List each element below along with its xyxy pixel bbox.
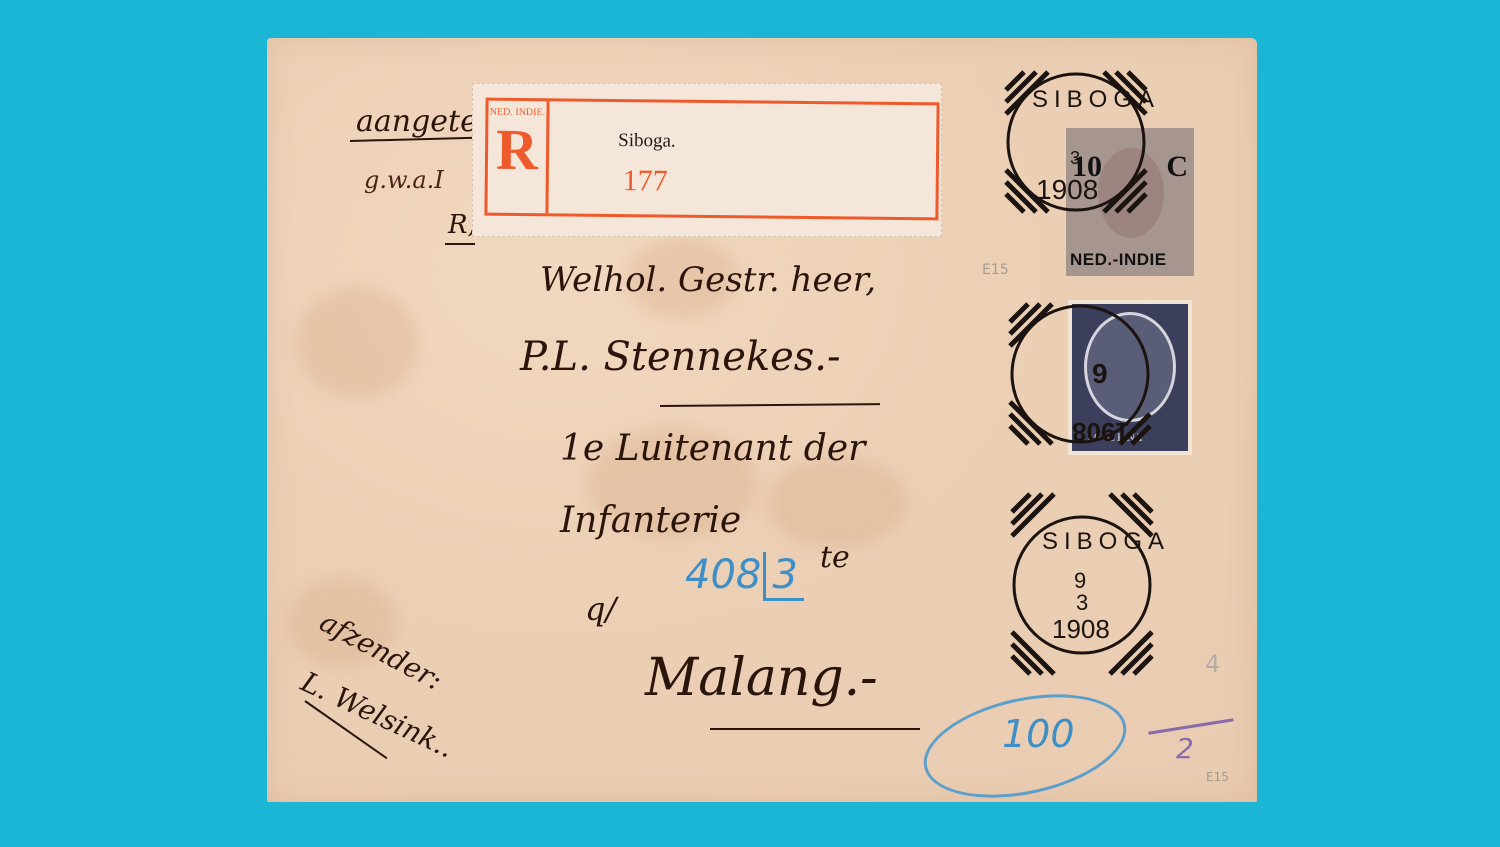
franking-underline xyxy=(445,243,475,245)
registration-letter: R xyxy=(488,118,547,183)
registration-town: Siboga. xyxy=(618,130,676,153)
postmark: SIBOGA 9 3 1908 xyxy=(1008,490,1156,638)
address-salutation: Welhol. Gestr. heer, xyxy=(540,260,876,300)
blue-pencil-circled-number: 100 xyxy=(1002,712,1075,756)
catalog-mark-bottom: E15 xyxy=(1206,770,1229,784)
address-rank: 1e Luitenant der xyxy=(560,428,865,469)
postmark: 9 1908 xyxy=(1006,300,1154,448)
postmark-month: 3 xyxy=(1070,148,1080,169)
postmark-town: SIBOGA xyxy=(1032,86,1160,114)
registration-label: NED. INDIE. R Siboga. 177 xyxy=(472,83,942,237)
registration-number: 177 xyxy=(623,164,668,198)
purple-pencil-number: 2 xyxy=(1176,732,1194,765)
postmark-day: 9 xyxy=(1092,358,1108,390)
postmark-year: 1908 xyxy=(1036,174,1098,206)
postmark-year: 1908 xyxy=(1052,614,1110,645)
address-city-underline xyxy=(710,728,920,730)
stamp-currency: C xyxy=(1166,150,1188,184)
address-te: te xyxy=(820,540,850,575)
franking-note: g.w.a.I xyxy=(364,166,444,194)
grey-pencil-number: 4 xyxy=(1205,650,1220,678)
postmark: SIBOGA 3 1908 xyxy=(1002,68,1150,216)
address-city: Malang.- xyxy=(645,648,878,708)
postmark-year: 1908 xyxy=(1072,416,1130,447)
postmark-town: SIBOGA xyxy=(1042,528,1170,556)
postmark-month: 3 xyxy=(1076,590,1088,616)
catalog-mark: E15 xyxy=(982,262,1009,278)
address-unit: Infanterie xyxy=(560,500,741,541)
address-name: P.L. Stennekes.- xyxy=(520,334,841,380)
address-via: q/ xyxy=(585,590,616,628)
blue-pencil-number: 4083 xyxy=(685,552,804,598)
stamp-overprint: NED.-INDIE xyxy=(1070,250,1167,270)
